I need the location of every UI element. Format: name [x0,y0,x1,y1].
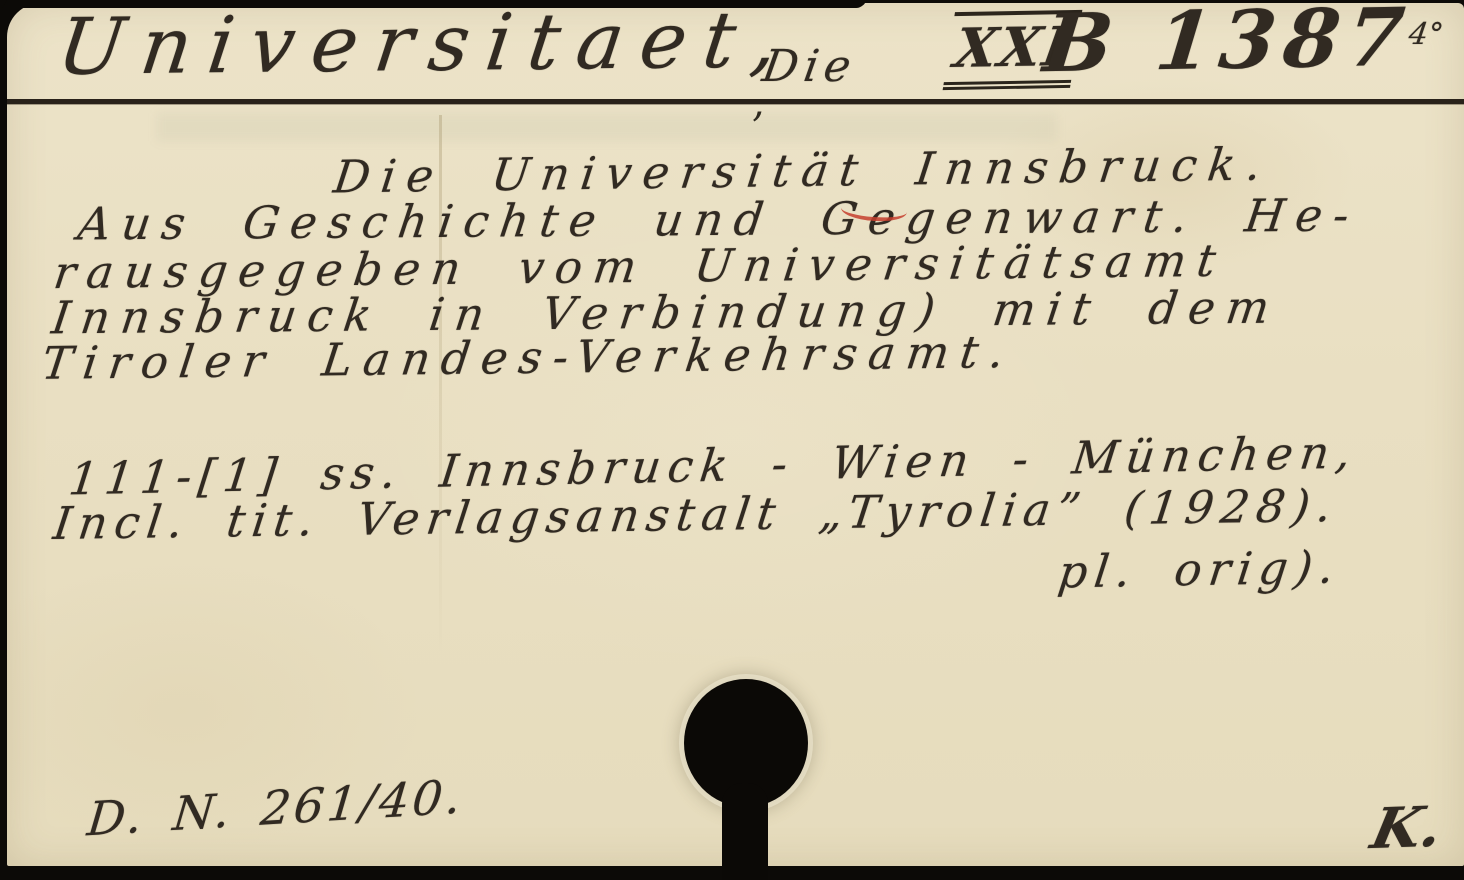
scanned-catalog-card: Universitaet, Die XXI B 1387 4° ’ Die Un… [0,0,1464,880]
heading-title: Universitaet, [53,0,800,93]
heading-article: Die [759,41,860,92]
shelfmark-number: B 1387 [1040,0,1417,90]
cataloguer-initials: K. [1366,794,1449,862]
body-line: Tiroler Landes-Verkehrsamt. [39,325,1018,390]
collation-line: pl. orig). [1055,541,1344,599]
punch-hole-slot [722,783,768,880]
accession-number: D. N. 261/40. [85,770,466,848]
catalog-card: Universitaet, Die XXI B 1387 4° ’ Die Un… [7,3,1464,866]
erased-stamp-smudge [157,113,1057,141]
heading-rule [7,99,1464,104]
format-mark: 4° [1407,17,1446,52]
